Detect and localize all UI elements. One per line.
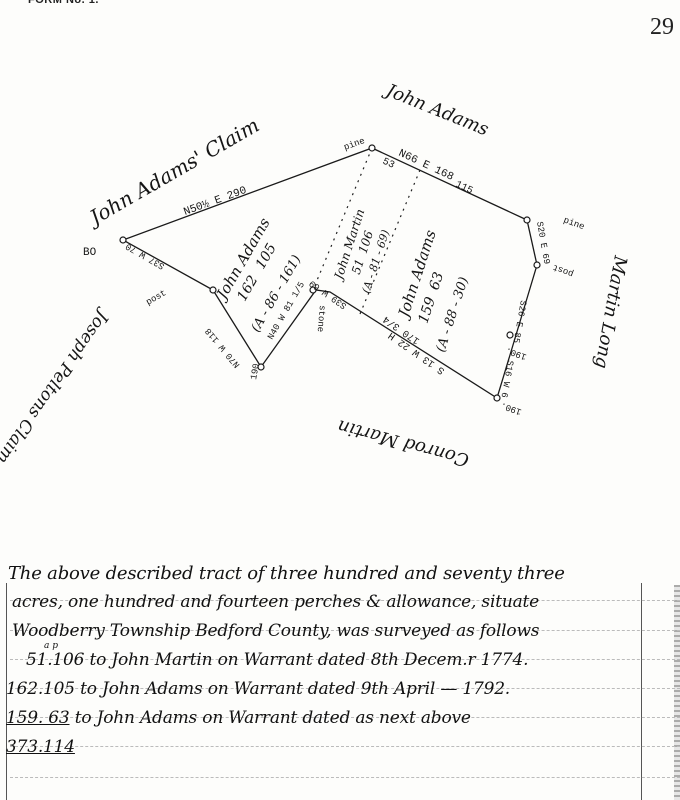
entry-amount: 51.106	[26, 650, 84, 670]
page-edge	[674, 585, 680, 800]
survey-page: FORM No. 1. 29 John Adams' Claim John Ad…	[0, 0, 680, 800]
svg-text:pine: pine	[562, 215, 586, 232]
entry-row: 159. 63 to John Adams on Warrant dated a…	[6, 708, 471, 728]
svg-text:53: 53	[380, 157, 396, 172]
svg-text:S26 E 85: S26 E 85	[511, 299, 528, 343]
tract-boundary	[123, 148, 537, 398]
svg-text:S20 E 69: S20 E 69	[534, 221, 551, 265]
svg-text:BO: BO	[83, 247, 97, 259]
line-label: N66 E 168	[396, 148, 455, 184]
description-line: Woodberry Township Bedford County, was s…	[12, 621, 539, 641]
entry-text: to John Martin on Warrant dated 8th Dece…	[90, 650, 529, 670]
svg-text:stone: stone	[315, 305, 327, 333]
description-line: The above described tract of three hundr…	[8, 563, 565, 584]
adjoiner-north: John Adams	[379, 79, 491, 141]
adjoiner-east: Martin Long	[590, 253, 631, 370]
entry-text: to John Adams on Warrant dated 9th April…	[80, 679, 510, 699]
svg-text:190.: 190.	[499, 400, 523, 417]
svg-text:190: 190	[249, 363, 262, 381]
total-amount: 373.114	[6, 737, 75, 757]
line-label: N50½ E 290	[182, 185, 248, 219]
survey-description: The above described tract of three hundr…	[0, 555, 680, 800]
description-line: acres, one hundred and fourteen perches …	[12, 592, 539, 612]
adjoiner-southwest: Joseph Peltons Claim	[0, 305, 114, 468]
svg-text:N70 W 118: N70 W 118	[203, 326, 242, 370]
adjoiner-south: Conrod Martin	[335, 415, 471, 470]
svg-text:post: post	[551, 262, 575, 279]
svg-text:pine: pine	[343, 136, 367, 153]
entry-text: to John Adams on Warrant dated as next a…	[75, 708, 471, 728]
entry-row: 162.105 to John Adams on Warrant dated 9…	[6, 679, 510, 699]
svg-text:159: 159	[416, 295, 440, 325]
title-claim: John Adams' Claim	[82, 113, 263, 231]
entry-amount: 159. 63	[6, 708, 70, 728]
svg-text:post: post	[145, 288, 169, 307]
entry-amount: 162.105	[6, 679, 75, 699]
svg-text:S16 W 6: S16 W 6	[498, 359, 514, 398]
survey-plat-drawing: John Adams' Claim John Adams Martin Long…	[0, 0, 680, 540]
svg-text:S37 W 70: S37 W 70	[124, 241, 166, 271]
entry-row: 51.106 to John Martin on Warrant dated 8…	[26, 650, 528, 670]
tract-john-martin: John Martin 51 106 (A - 81 - 69)	[330, 207, 396, 295]
svg-text:63: 63	[426, 270, 447, 292]
